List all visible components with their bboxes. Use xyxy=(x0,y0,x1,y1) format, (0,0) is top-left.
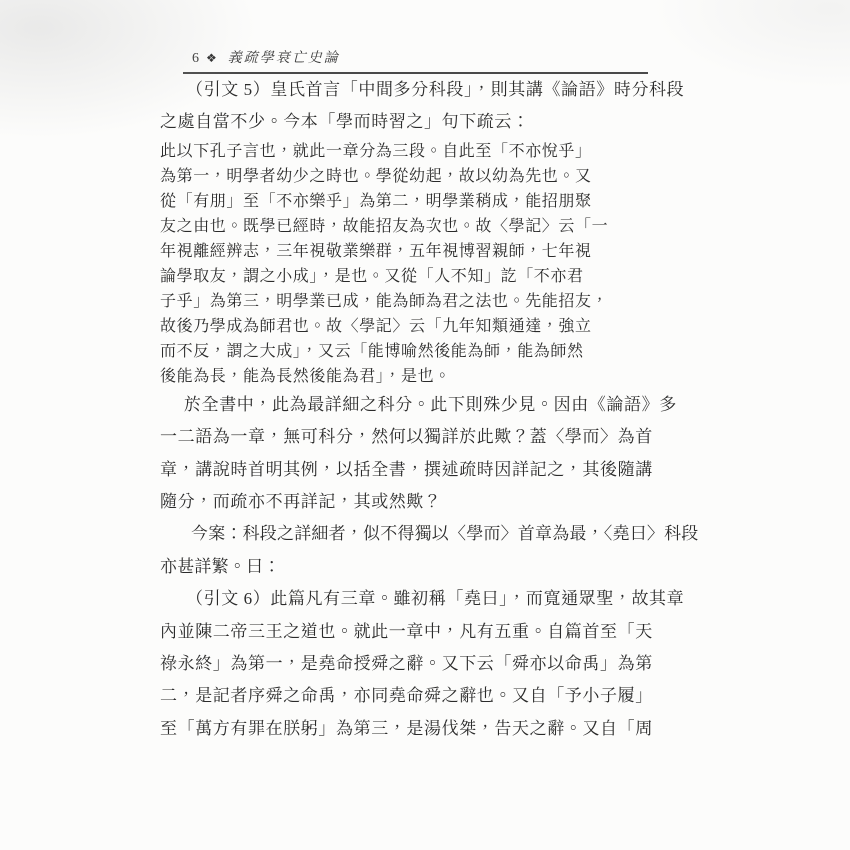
quote5-intro-paragraph: （引文 5）皇氏首言「中間多分科段」，則其講《論語》時分科段 之處自當不少。今本… xyxy=(160,74,740,139)
text-block: （引文 5）皇氏首言「中間多分科段」，則其講《論語》時分科段 之處自當不少。今本… xyxy=(160,74,740,745)
author-remark-paragraph: 今案：科段之詳細者，似不得獨以〈學而〉首章為最，〈堯曰〉科段 亦甚詳繁。曰： xyxy=(160,518,740,583)
quote6-intro-paragraph: （引文 6）此篇凡有三章。雖初稱「堯曰」，而寬通眾聖，故其章 內並陳二帝三王之道… xyxy=(160,583,740,745)
quote5-classic-quote: 此以下孔子言也，就此一章分為三段。自此至「不亦悅乎」 為第一，明學者幼少之時也。… xyxy=(160,139,740,389)
running-head-text: 6❖義疏學衰亡史論 xyxy=(183,47,648,67)
page-number: 6 xyxy=(192,51,199,66)
book-page: 6❖義疏學衰亡史論 （引文 5）皇氏首言「中間多分科段」，則其講《論語》時分科段… xyxy=(0,0,850,850)
quote5-commentary-paragraph: 於全書中，此為最詳細之科分。此下則殊少見。因由《論語》多 一二語為一章，無可科分… xyxy=(160,389,740,519)
book-title: 義疏學衰亡史論 xyxy=(228,51,340,66)
running-head: 6❖義疏學衰亡史論 xyxy=(183,0,648,74)
ornament-icon: ❖ xyxy=(206,51,218,65)
